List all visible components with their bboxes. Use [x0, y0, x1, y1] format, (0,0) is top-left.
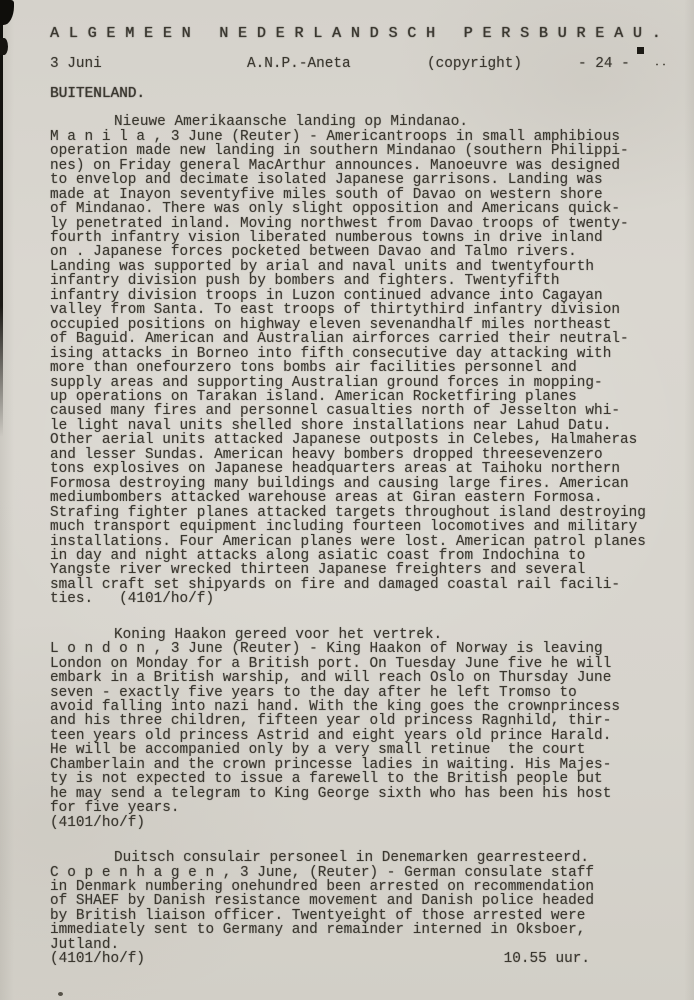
article-body: L o n d o n , 3 June (Reuter) - King Haa… [50, 642, 666, 830]
wire-signoff-code: (4101/ho/f) [50, 952, 145, 966]
ink-speck [58, 992, 63, 996]
page-number: - 24 - [578, 57, 630, 71]
agency-masthead: A L G E M E E N N E D E R L A N D S C H … [50, 27, 666, 41]
section-label-buitenland: BUITENLAND. [50, 87, 666, 101]
ink-speck [637, 47, 644, 54]
scanned-press-bulletin-page: A L G E M E E N N E D E R L A N D S C H … [0, 0, 694, 1000]
bulletin-header-row: 3 Juni A.N.P.-Aneta (copyright) - 24 - [50, 57, 666, 71]
article-german-consulate: Duitsch consulair personeel in Denemarke… [50, 851, 666, 967]
copyright-note: (copyright) [427, 57, 578, 71]
issue-time: 10.55 uur. [504, 952, 590, 966]
article-body: M a n i l a , 3 June (Reuter) - American… [50, 130, 666, 607]
bulletin-date: 3 Juni [50, 57, 247, 71]
scan-corner-blotch [0, 0, 14, 25]
article-body: C o p e n h a g e n , 3 June, (Reuter) -… [50, 866, 666, 953]
scan-edge-artifact [0, 0, 3, 437]
article-title: Duitsch consulair personeel in Denemarke… [50, 851, 666, 865]
bureau-name: A.N.P.-Aneta [247, 57, 427, 71]
scan-corner-blotch [0, 38, 8, 55]
article-footer-row: (4101/ho/f) 10.55 uur. [50, 952, 590, 966]
article-title: Nieuwe Amerikaansche landing op Mindanao… [50, 115, 666, 129]
article-king-haakon: Koning Haakon gereed voor het vertrek. L… [50, 628, 666, 830]
article-mindanao-landing: Nieuwe Amerikaansche landing op Mindanao… [50, 115, 666, 606]
